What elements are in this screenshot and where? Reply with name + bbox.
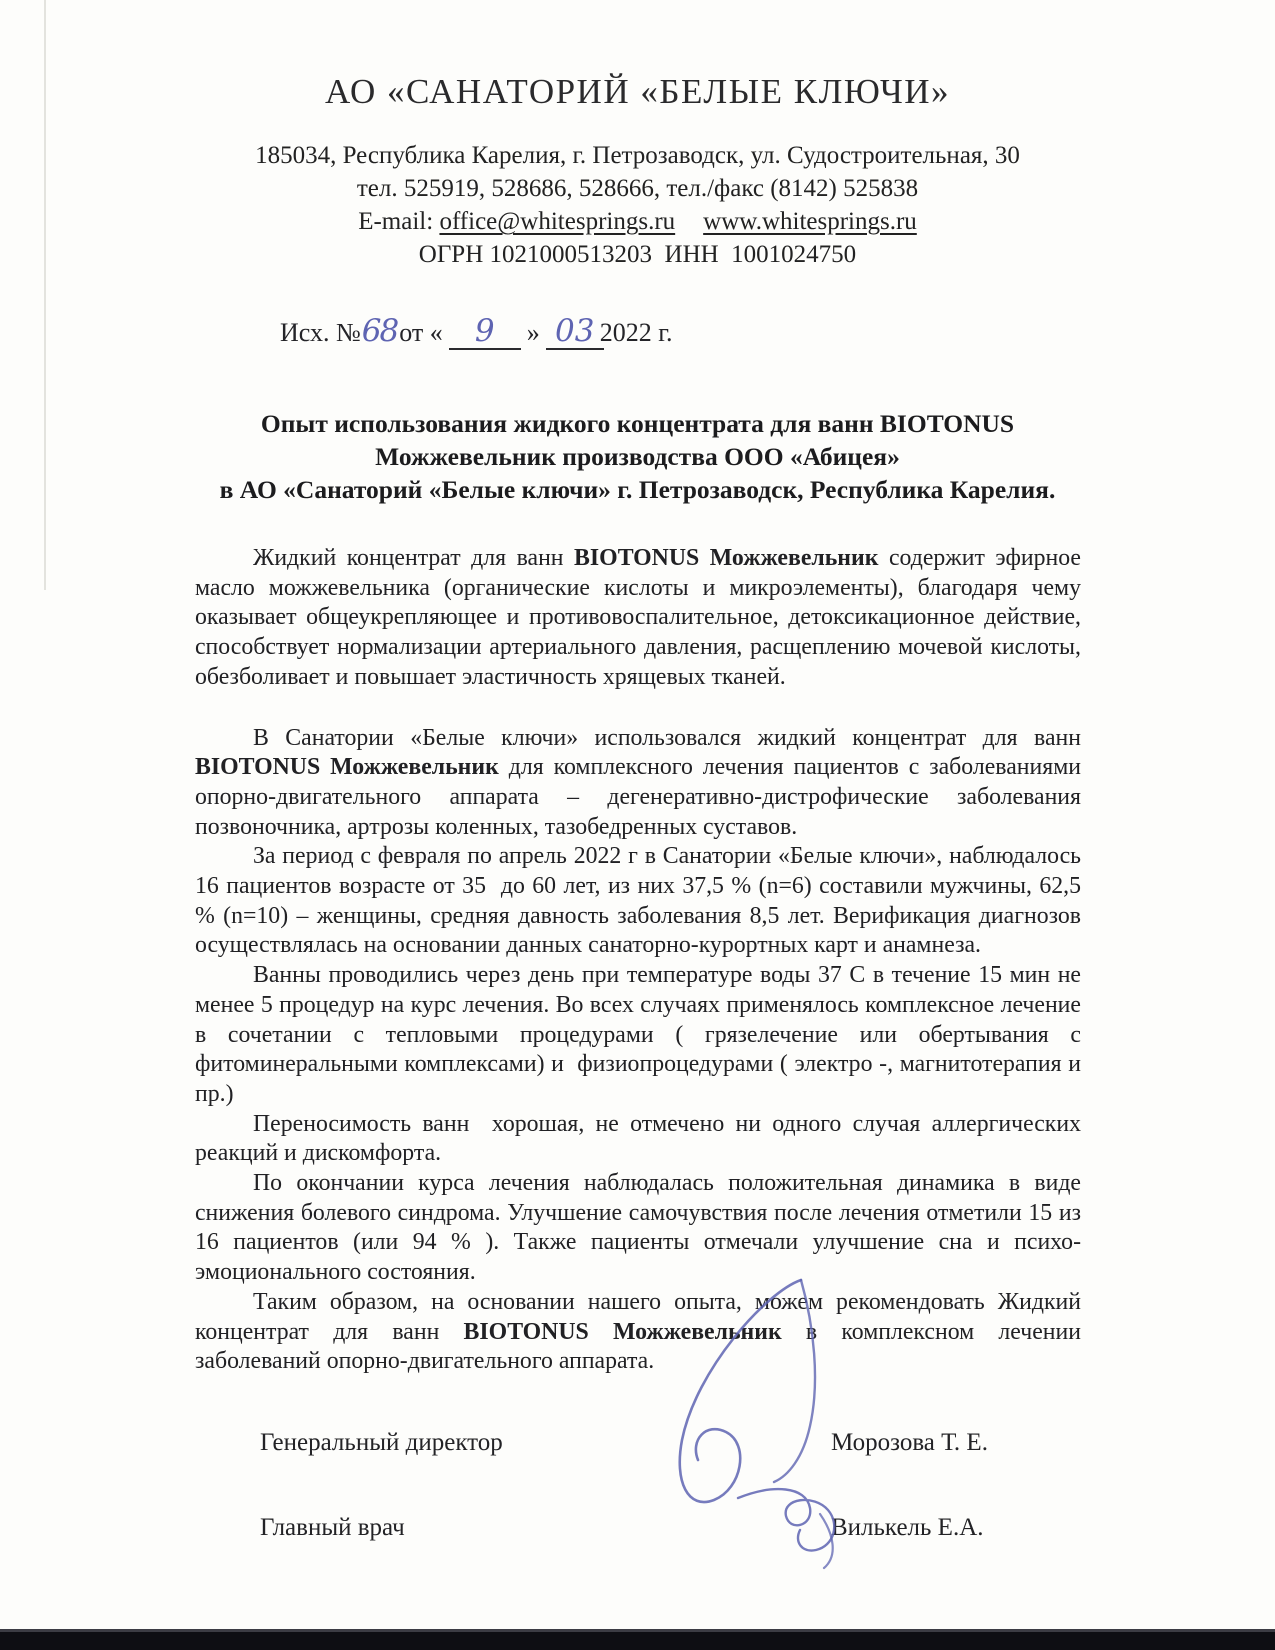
ref-month-blank: 03: [546, 320, 604, 350]
paragraph-patients: За период с февраля по апрель 2022 г в С…: [195, 842, 1081, 961]
org-ogrn-inn: ОГРН 1021000513203 ИНН 1001024750: [0, 238, 1275, 271]
paragraph-procedure: Ванны проводились через день при темпера…: [195, 961, 1081, 1110]
ref-day-handwritten: 9: [475, 313, 495, 349]
paragraph-conclusion: Таким образом, на основании нашего опыта…: [195, 1288, 1081, 1377]
ref-year: 2022 г.: [600, 318, 673, 347]
scanned-letter-page: АО «САНАТОРИЙ «БЕЛЫЕ КЛЮЧИ» 185034, Респ…: [0, 0, 1275, 1650]
paragraph-text: Жидкий концентрат для ванн: [253, 545, 574, 571]
org-address: 185034, Республика Карелия, г. Петрозаво…: [0, 139, 1275, 172]
signature-block: Генеральный директор Морозова Т. Е. Глав…: [195, 1429, 1081, 1542]
product-name-bold: BIOTONUS Можжевельник: [464, 1319, 782, 1345]
signer-name: Вилькель Е.А.: [831, 1514, 1043, 1542]
letter-body: Жидкий концентрат для ванн BIOTONUS Можж…: [195, 544, 1081, 1377]
org-phones: тел. 525919, 528686, 528666, тел./факс (…: [0, 172, 1275, 205]
paragraph-intro: Жидкий концентрат для ванн BIOTONUS Можж…: [195, 544, 1081, 693]
website-url: www.whitesprings.ru: [703, 208, 917, 235]
ref-ot-label: от «: [399, 318, 443, 347]
title-line-2: Можжевельник производства ООО «Абицея»: [0, 440, 1275, 473]
letterhead: АО «САНАТОРИЙ «БЕЛЫЕ КЛЮЧИ» 185034, Респ…: [0, 0, 1275, 271]
document-title: Опыт использования жидкого концентрата д…: [0, 407, 1275, 506]
product-name-bold: BIOTONUS Можжевельник: [574, 545, 878, 571]
paragraph-usage: В Санатории «Белые ключи» использовался …: [195, 724, 1081, 843]
ref-number-line: Исх. №68от «9»032022 г.: [280, 318, 1275, 350]
paragraph-tolerance: Переносимость ванн хорошая, не отмечено …: [195, 1110, 1081, 1169]
signer-role: Главный врач: [260, 1514, 405, 1542]
org-email-line: E-mail: office@whitesprings.ruwww.whites…: [0, 205, 1275, 238]
email-label: E-mail:: [358, 208, 439, 235]
ref-prefix: Исх. №: [280, 318, 361, 347]
scan-edge-artifact: [44, 0, 46, 590]
ref-day-blank: 9: [449, 320, 521, 350]
signature-row-doctor: Главный врач Вилькель Е.А.: [195, 1514, 1081, 1542]
signer-role: Генеральный директор: [260, 1429, 503, 1457]
paragraph-text: В Санатории «Белые ключи» использовался …: [253, 725, 1087, 751]
letterhead-contacts: 185034, Республика Карелия, г. Петрозаво…: [0, 139, 1275, 271]
product-name-bold: BIOTONUS Можжевельник: [195, 754, 499, 780]
email-address: office@whitesprings.ru: [439, 208, 675, 235]
signature-row-director: Генеральный директор Морозова Т. Е.: [195, 1429, 1081, 1457]
ref-number-handwritten: 68: [362, 313, 397, 349]
ref-quote-close: »: [527, 318, 540, 347]
title-line-3: в АО «Санаторий «Белые ключи» г. Петроза…: [0, 473, 1275, 506]
title-line-1: Опыт использования жидкого концентрата д…: [0, 407, 1275, 440]
paragraph-results: По окончании курса лечения наблюдалась п…: [195, 1169, 1081, 1288]
scanner-bottom-bar: [0, 1629, 1275, 1650]
ref-month-handwritten: 03: [555, 313, 594, 349]
org-name: АО «САНАТОРИЙ «БЕЛЫЕ КЛЮЧИ»: [0, 72, 1275, 112]
signer-name: Морозова Т. Е.: [831, 1429, 1043, 1457]
